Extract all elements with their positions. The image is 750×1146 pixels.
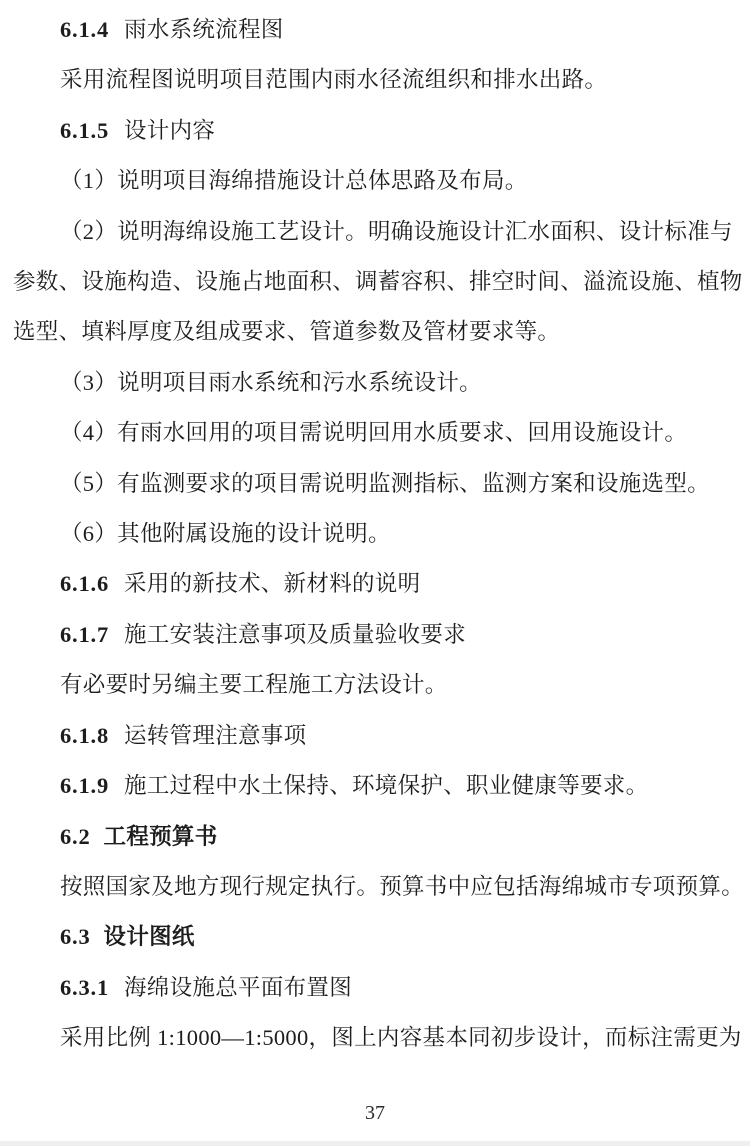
para-flowchart-description: 采用流程图说明项目范围内雨水径流组织和排水出路。 — [13, 55, 741, 105]
section-number: 6.1.8 — [60, 723, 109, 748]
list-item-3: （3）说明项目雨水系统和污水系统设计。 — [13, 358, 741, 408]
section-title: 运转管理注意事项 — [124, 723, 306, 748]
section-title: 施工安装注意事项及质量验收要求 — [124, 622, 466, 647]
heading-6-1-4: 6.1.4雨水系统流程图 — [13, 5, 741, 55]
bottom-edge-strip — [0, 1141, 750, 1146]
text-block: 6.1.4雨水系统流程图 采用流程图说明项目范围内雨水径流组织和排水出路。 6.… — [0, 0, 750, 1064]
document-page: 6.1.4雨水系统流程图 采用流程图说明项目范围内雨水径流组织和排水出路。 6.… — [0, 0, 750, 1146]
section-title: 施工过程中水土保持、环境保护、职业健康等要求。 — [124, 773, 648, 798]
section-number: 6.1.5 — [60, 118, 109, 143]
heading-6-1-5: 6.1.5设计内容 — [13, 106, 741, 156]
heading-6-1-7: 6.1.7施工安装注意事项及质量验收要求 — [13, 610, 741, 660]
list-item-5: （5）有监测要求的项目需说明监测指标、监测方案和设施选型。 — [13, 459, 741, 509]
section-title: 设计内容 — [124, 118, 215, 143]
heading-6-3: 6.3设计图纸 — [13, 912, 741, 962]
section-number: 6.2 — [60, 824, 91, 849]
section-title: 雨水系统流程图 — [124, 17, 284, 42]
section-title: 海绵设施总平面布置图 — [124, 975, 352, 1000]
heading-6-2: 6.2工程预算书 — [13, 812, 741, 862]
list-item-4: （4）有雨水回用的项目需说明回用水质要求、回用设施设计。 — [13, 408, 741, 458]
heading-6-1-8: 6.1.8运转管理注意事项 — [13, 711, 741, 761]
section-number: 6.3 — [60, 924, 91, 949]
section-number: 6.1.7 — [60, 622, 109, 647]
heading-6-1-9: 6.1.9施工过程中水土保持、环境保护、职业健康等要求。 — [13, 761, 741, 811]
section-number: 6.1.6 — [60, 571, 109, 596]
section-number: 6.1.9 — [60, 773, 109, 798]
list-item-2-line-1: （2）说明海绵设施工艺设计。明确设施设计汇水面积、设计标准与 — [13, 207, 741, 257]
para-site-plan-scale-note: 采用比例 1:1000—1:5000，图上内容基本同初步设计，而标注需更为 — [13, 1013, 741, 1063]
para-budget-note: 按照国家及地方现行规定执行。预算书中应包括海绵城市专项预算。 — [13, 862, 741, 912]
section-title: 采用的新技术、新材料的说明 — [124, 571, 420, 596]
section-title: 设计图纸 — [104, 924, 195, 949]
list-item-1: （1）说明项目海绵措施设计总体思路及布局。 — [13, 156, 741, 206]
heading-6-1-6: 6.1.6采用的新技术、新材料的说明 — [13, 559, 741, 609]
para-construction-method-note: 有必要时另编主要工程施工方法设计。 — [13, 660, 741, 710]
heading-6-3-1: 6.3.1海绵设施总平面布置图 — [13, 963, 741, 1013]
section-number: 6.1.4 — [60, 17, 109, 42]
list-item-6: （6）其他附属设施的设计说明。 — [13, 509, 741, 559]
list-item-2-line-3: 选型、填料厚度及组成要求、管道参数及管材要求等。 — [13, 307, 741, 357]
section-number: 6.3.1 — [60, 975, 109, 1000]
section-title: 工程预算书 — [104, 824, 218, 849]
page-number: 37 — [0, 1098, 750, 1128]
list-item-2-line-2: 参数、设施构造、设施占地面积、调蓄容积、排空时间、溢流设施、植物 — [13, 257, 741, 307]
